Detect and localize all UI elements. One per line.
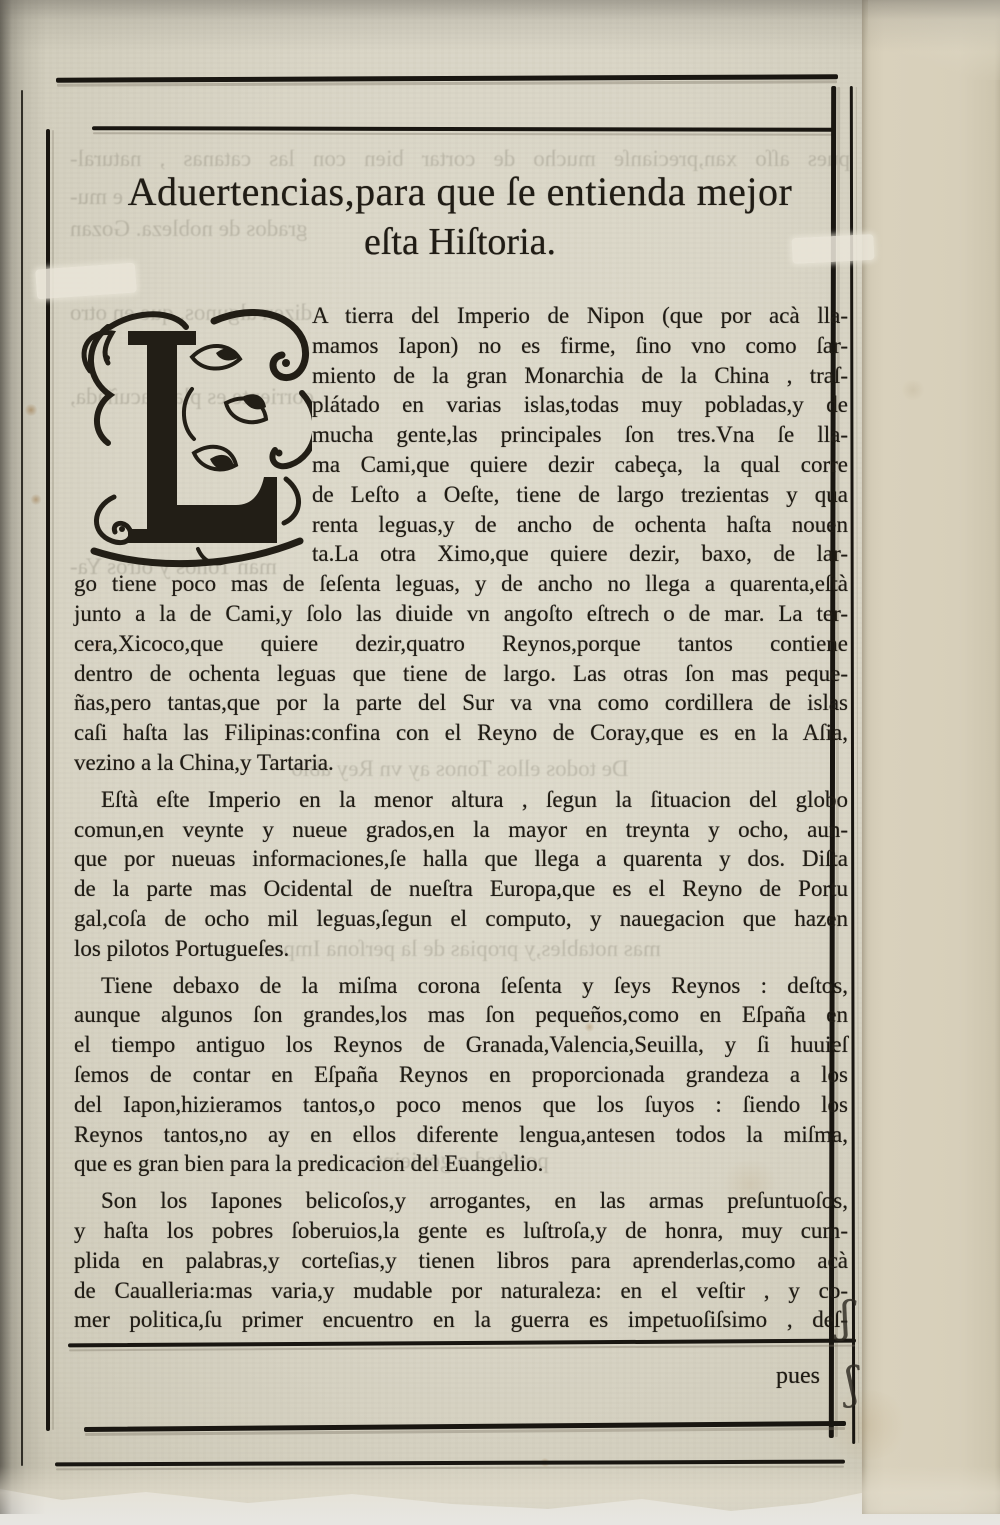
text-line: Eſtà eſte Imperio en la menor altura , ſ…	[74, 785, 848, 815]
text-line: los pilotos Portugueſes.	[74, 934, 848, 964]
paragraph-1-top: A tierra del Imperio de Nipon (que por a…	[74, 301, 848, 569]
heading-line-2: eſta Hiſtoria.	[70, 220, 850, 264]
text-line: plida en palabras,y corteſias,y tienen l…	[74, 1246, 848, 1276]
text-line: y haſta los pobres ſoberuios,la gente es…	[74, 1216, 848, 1246]
text-line: mer politica,ſu primer encuentro en la g…	[74, 1305, 848, 1335]
text-line: comun,en veynte y nueue grados,en la may…	[74, 815, 848, 845]
text-line: go tiene poco mas de ſeſenta leguas, y d…	[74, 569, 848, 599]
text-line: ma Cami,que quiere dezir cabeça, la qual…	[312, 450, 848, 480]
text-line: caſi haſta las Filipinas:confina con el …	[74, 718, 848, 748]
text-line: renta leguas,y de ancho de ochenta haſta…	[312, 510, 848, 540]
text-line: que por nueuas informaciones,ſe halla qu…	[74, 844, 848, 874]
text-line: el tiempo antiguo los Reynos de Granada,…	[74, 1030, 848, 1060]
paragraph-3: Tiene debaxo de la miſma corona ſeſenta …	[74, 971, 848, 1180]
text-line: mucha gente,las principales ſon tres.Vna…	[312, 420, 848, 450]
catchword: pues	[640, 1363, 820, 1390]
text-line: ſemos de contar en Eſpaña Reynos en prop…	[74, 1060, 848, 1090]
page-edge-strip	[862, 0, 1000, 1514]
text-line: del Iapon,hizieramos tantos,o poco menos…	[74, 1090, 848, 1120]
paragraph-2: Eſtà eſte Imperio en la menor altura , ſ…	[74, 785, 848, 964]
text-line: miento de la gran Monarchia de la China …	[312, 361, 848, 391]
text-line: cera,Xicoco,que quiere dezir,quatro Reyn…	[74, 629, 848, 659]
text-line: aunque algunos ſon grandes,los mas ſon p…	[74, 1000, 848, 1030]
text-line: ta.La otra Ximo,que quiere dezir, baxo, …	[312, 539, 848, 569]
paragraph-1-full: go tiene poco mas de ſeſenta leguas, y d…	[74, 569, 848, 778]
text-line: que es gran bien para la predicacion del…	[74, 1149, 848, 1179]
paragraph-4: Son los Iapones belicoſos,y arrogantes, …	[74, 1186, 848, 1335]
foxing-spot	[30, 494, 42, 505]
text-line: mamos Iapon) no es firme, ſino vno como …	[312, 331, 848, 361]
text-line: vezino a la China,y Tartaria.	[74, 748, 848, 778]
binding-gutter-shadow	[0, 0, 46, 1514]
section-heading: Aduertencias,para que ſe entienda mejor …	[70, 168, 850, 264]
text-line: de Leſto a Oeſte, tiene de largo trezien…	[312, 480, 848, 510]
text-line: Tiene debaxo de la miſma corona ſeſenta …	[74, 971, 848, 1001]
text-line: gal,coſa de ocho mil leguas,ſegun el com…	[74, 904, 848, 934]
foxing-spot	[24, 404, 38, 416]
text-line: plátado en varias islas,todas muy poblad…	[312, 390, 848, 420]
text-line: Son los Iapones belicoſos,y arrogantes, …	[74, 1186, 848, 1216]
border-rule-left-inner	[46, 129, 50, 1431]
book-page-scan: pues aſſo xan,precianſe mucho de cortar …	[0, 0, 1000, 1525]
foxing-spot	[900, 380, 926, 400]
text-line: ñas,pero tantas,que por la parte del Sur…	[74, 688, 848, 718]
text-line: de Caualleria:mas varia,y mudable por na…	[74, 1276, 848, 1306]
text-line: de la parte mas Ocidental de nueſtra Eur…	[74, 874, 848, 904]
heading-line-1: Aduertencias,para que ſe entienda mejor	[70, 168, 850, 215]
paragraph-1-beside-initial: A tierra del Imperio de Nipon (que por a…	[312, 301, 848, 569]
text-line: Reynos tantos,no ay en ellos diferente l…	[74, 1120, 848, 1150]
border-rule-left-outer	[21, 90, 23, 1466]
text-line: A tierra del Imperio de Nipon (que por a…	[312, 301, 848, 331]
woodcut-initial-L	[74, 301, 312, 569]
body-text: A tierra del Imperio de Nipon (que por a…	[74, 301, 848, 1335]
text-line: junto a la de Cami,y ſolo las diuide vn …	[74, 599, 848, 629]
text-line: dentro de ochenta leguas que tiene de la…	[74, 659, 848, 689]
woodcut-initial-L-art	[74, 301, 312, 569]
